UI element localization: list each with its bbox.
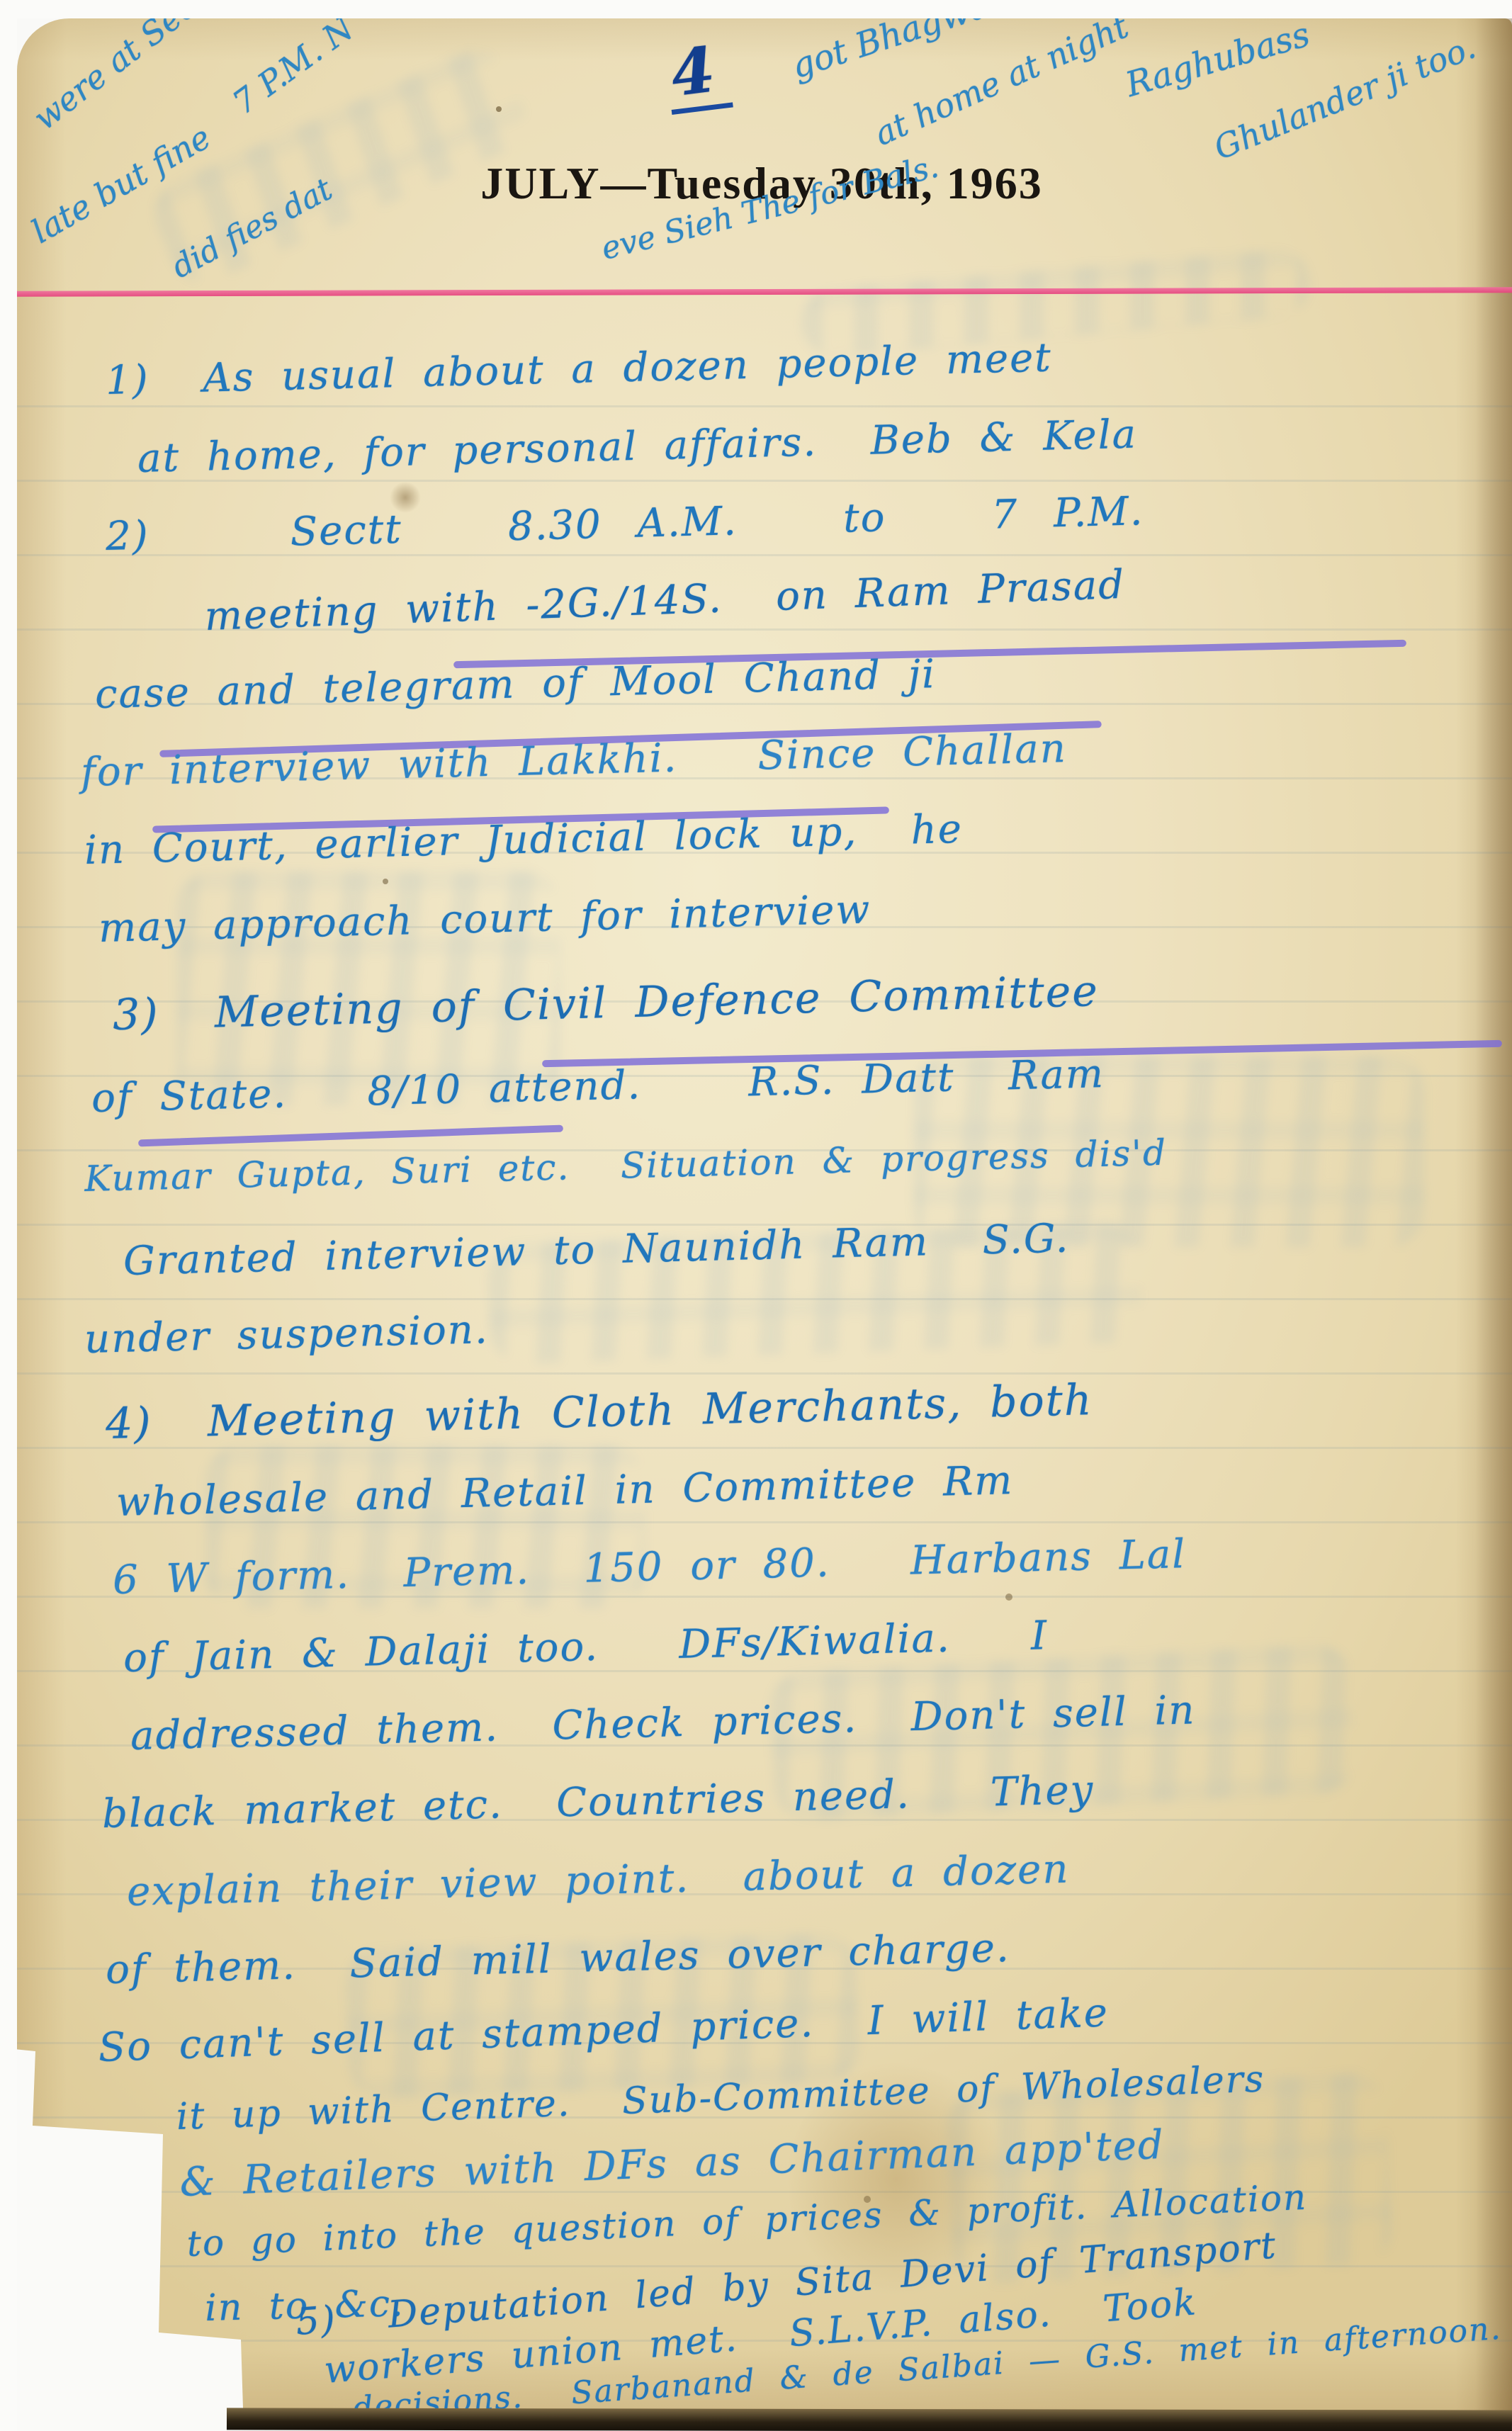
page-bottom-edge (227, 2408, 1512, 2431)
page-gutter-shadow (1475, 0, 1512, 2413)
scan-margin-top (0, 0, 1512, 18)
handwritten-line: under suspension. (84, 1307, 489, 1363)
entry-number-mark: 4 (663, 36, 733, 115)
paper-specks (496, 106, 502, 112)
diary-scan: JULY—Tuesday 30th, 1963 4 were at Sectt7… (0, 0, 1512, 2431)
scan-margin-left (0, 0, 17, 2431)
